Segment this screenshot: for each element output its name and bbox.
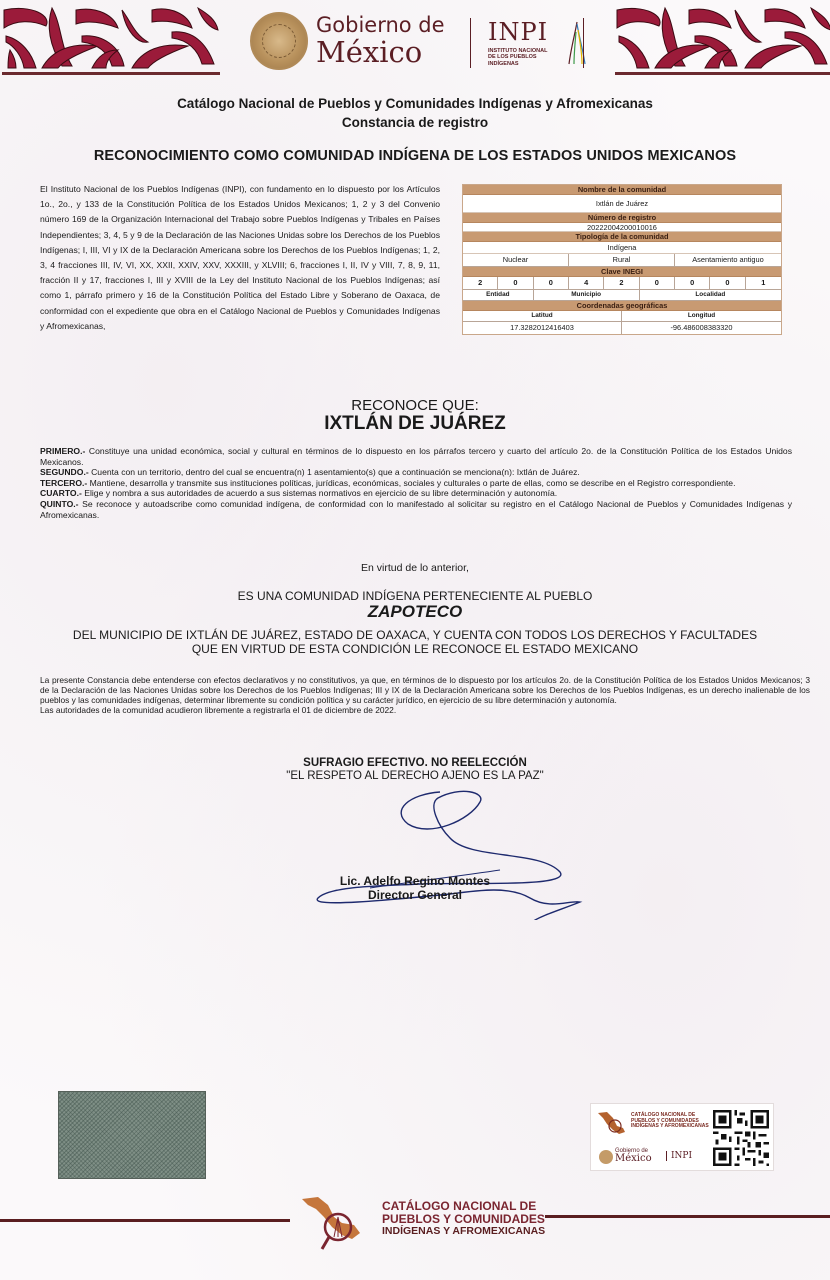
clause-label: SEGUNDO.-	[40, 467, 89, 477]
certificate-page: Gobierno de México INPI INSTITUTO NACION…	[0, 0, 830, 1280]
national-seal-icon	[250, 12, 308, 70]
clause-item: CUARTO.- Elige y nombra a sus autoridade…	[40, 488, 792, 499]
qr-code-icon[interactable]	[713, 1110, 769, 1166]
clause-text: Elige y nombra a sus autoridades de acue…	[82, 488, 557, 498]
clause-text: Cuenta con un territorio, dentro del cua…	[89, 467, 580, 477]
inegi-digit: 0	[675, 277, 710, 289]
inegi-part-entidad: Entidad	[463, 290, 534, 300]
clause-item: SEGUNDO.- Cuenta con un territorio, dent…	[40, 467, 792, 478]
clause-text: Se reconoce y autoadscribe como comunida…	[40, 499, 792, 520]
signer-name: Lic. Adelfo Regino Montes	[0, 874, 830, 888]
footer-catalog-text: CATÁLOGO NACIONAL DE PUEBLOS Y COMUNIDAD…	[382, 1200, 545, 1238]
motto-line-1: SUFRAGIO EFECTIVO. NO REELECCIÓN	[0, 757, 830, 769]
clause-item: PRIMERO.- Constituye una unidad económic…	[40, 446, 792, 467]
motto-line-2: "EL RESPETO AL DERECHO AJENO ES LA PAZ"	[0, 770, 830, 782]
recognition-lead: RECONOCE QUE:	[0, 397, 830, 414]
clause-item: QUINTO.- Se reconoce y autoadscribe como…	[40, 499, 792, 520]
inegi-digits-row: 2 0 0 4 2 0 0 0 1	[463, 277, 781, 290]
inegi-digit: 0	[640, 277, 675, 289]
decorative-pattern-left	[2, 6, 220, 70]
latitude-value: 17.3282012416403	[463, 322, 622, 334]
inegi-part-localidad: Localidad	[640, 290, 781, 300]
signer-title: Director General	[0, 888, 830, 902]
stamp-gov-line2: México	[615, 1154, 652, 1164]
digital-verification-stamp: CATÁLOGO NACIONAL DE PUEBLOS Y COMUNIDAD…	[590, 1103, 774, 1171]
longitude-label: Longitud	[622, 311, 781, 321]
clause-item: TERCERO.- Mantiene, desarrolla y transmi…	[40, 478, 792, 489]
catalog-title: Catálogo Nacional de Pueblos y Comunidad…	[0, 96, 830, 111]
declaration-intro: En virtud de lo anterior,	[0, 562, 830, 574]
clause-text: Constituye una unidad económica, social …	[40, 446, 792, 467]
inpi-divider	[583, 18, 584, 68]
clause-label: TERCERO.-	[40, 478, 87, 488]
inegi-part-municipio: Municipio	[534, 290, 640, 300]
registration-number-header: Número de registro	[463, 213, 781, 223]
footer-line-1: CATÁLOGO NACIONAL DE	[382, 1200, 545, 1213]
inegi-digit: 4	[569, 277, 604, 289]
legal-basis-paragraph: El Instituto Nacional de los Pueblos Ind…	[40, 182, 440, 334]
clause-label: CUARTO.-	[40, 488, 82, 498]
inegi-digit: 1	[746, 277, 781, 289]
footer-line-3: INDÍGENAS Y AFROMEXICANAS	[382, 1225, 545, 1238]
footer-line-2: PUEBLOS Y COMUNIDADES	[382, 1213, 545, 1226]
document-heading: RECONOCIMIENTO COMO COMUNIDAD INDÍGENA D…	[0, 148, 830, 164]
inpi-feather-icon	[567, 20, 587, 66]
community-name-value: Ixtlán de Juárez	[463, 195, 781, 213]
inegi-digit: 0	[710, 277, 745, 289]
inegi-digit: 2	[463, 277, 498, 289]
inegi-digit: 0	[498, 277, 533, 289]
clause-label: PRIMERO.-	[40, 446, 85, 456]
coordinates-values-row: 17.3282012416403 -96.486008383320	[463, 322, 781, 334]
inegi-key-header: Clave INEGI	[463, 267, 781, 277]
typology-attr: Asentamiento antiguo	[675, 254, 781, 266]
logo-divider	[470, 18, 471, 68]
gov-logo-line1: Gobierno de	[316, 15, 445, 36]
latitude-label: Latitud	[463, 311, 622, 321]
coordinates-labels-row: Latitud Longitud	[463, 311, 781, 322]
stamp-catalog-text: CATÁLOGO NACIONAL DE PUEBLOS Y COMUNIDAD…	[631, 1113, 711, 1130]
legal-paragraph: La presente Constancia debe entenderse c…	[40, 675, 810, 705]
header-rule-right	[615, 72, 830, 75]
clauses-list: PRIMERO.- Constituye una unidad económic…	[40, 446, 792, 520]
stamp-gov-logo: Gobierno de México	[615, 1148, 652, 1164]
decorative-pattern-right	[615, 6, 830, 70]
clause-label: QUINTO.-	[40, 499, 79, 509]
inpi-sub-line: INDÍGENAS	[488, 61, 548, 67]
legal-effects-paragraph: La presente Constancia debe entenderse c…	[40, 675, 810, 715]
inpi-name: INPI	[488, 18, 548, 46]
inegi-parts-row: Entidad Municipio Localidad	[463, 290, 781, 301]
registration-number-value: 20222004200010016	[463, 223, 781, 232]
registry-table: Nombre de la comunidad Ixtlán de Juárez …	[462, 184, 782, 335]
mexico-map-icon	[597, 1110, 627, 1136]
catalog-map-logo-icon	[298, 1193, 368, 1253]
typology-header: Tipología de la comunidad	[463, 232, 781, 242]
security-seal-pattern	[58, 1091, 206, 1179]
inegi-digit: 2	[604, 277, 639, 289]
declaration-belongs: ES UNA COMUNIDAD INDÍGENA PERTENECIENTE …	[0, 589, 830, 603]
document-type: Constancia de registro	[0, 115, 830, 130]
stamp-catalog-line: INDÍGENAS Y AFROMEXICANAS	[631, 1124, 711, 1130]
typology-attr: Rural	[569, 254, 675, 266]
municipality-line-2: QUE EN VIRTUD DE ESTA CONDICIÓN LE RECON…	[0, 642, 830, 656]
typology-attr: Nuclear	[463, 254, 569, 266]
clause-text: Mantiene, desarrolla y transmite sus ins…	[87, 478, 735, 488]
inpi-logo: INPI INSTITUTO NACIONAL DE LOS PUEBLOS I…	[488, 18, 548, 67]
header-rule-left	[2, 72, 220, 75]
mini-national-seal-icon	[599, 1150, 613, 1164]
longitude-value: -96.486008383320	[622, 322, 781, 334]
coordinates-header: Coordenadas geográficas	[463, 301, 781, 311]
inegi-digit: 0	[534, 277, 569, 289]
typology-value: Indígena	[463, 242, 781, 254]
gov-logo-line2: México	[316, 38, 445, 67]
footer-rule-right	[545, 1215, 830, 1218]
typology-attributes-row: Nuclear Rural Asentamiento antiguo	[463, 254, 781, 267]
registration-date-statement: Las autoridades de la comunidad acudiero…	[40, 705, 810, 715]
municipality-line-1: DEL MUNICIPIO DE IXTLÁN DE JUÁREZ, ESTAD…	[0, 628, 830, 642]
footer-rule-left	[0, 1219, 290, 1222]
community-name-heading: IXTLÁN DE JUÁREZ	[0, 413, 830, 435]
community-name-header: Nombre de la comunidad	[463, 185, 781, 195]
gobierno-de-mexico-logo: Gobierno de México	[250, 12, 445, 70]
stamp-inpi-logo: INPI	[666, 1151, 692, 1161]
indigenous-people-name: ZAPOTECO	[0, 602, 830, 622]
